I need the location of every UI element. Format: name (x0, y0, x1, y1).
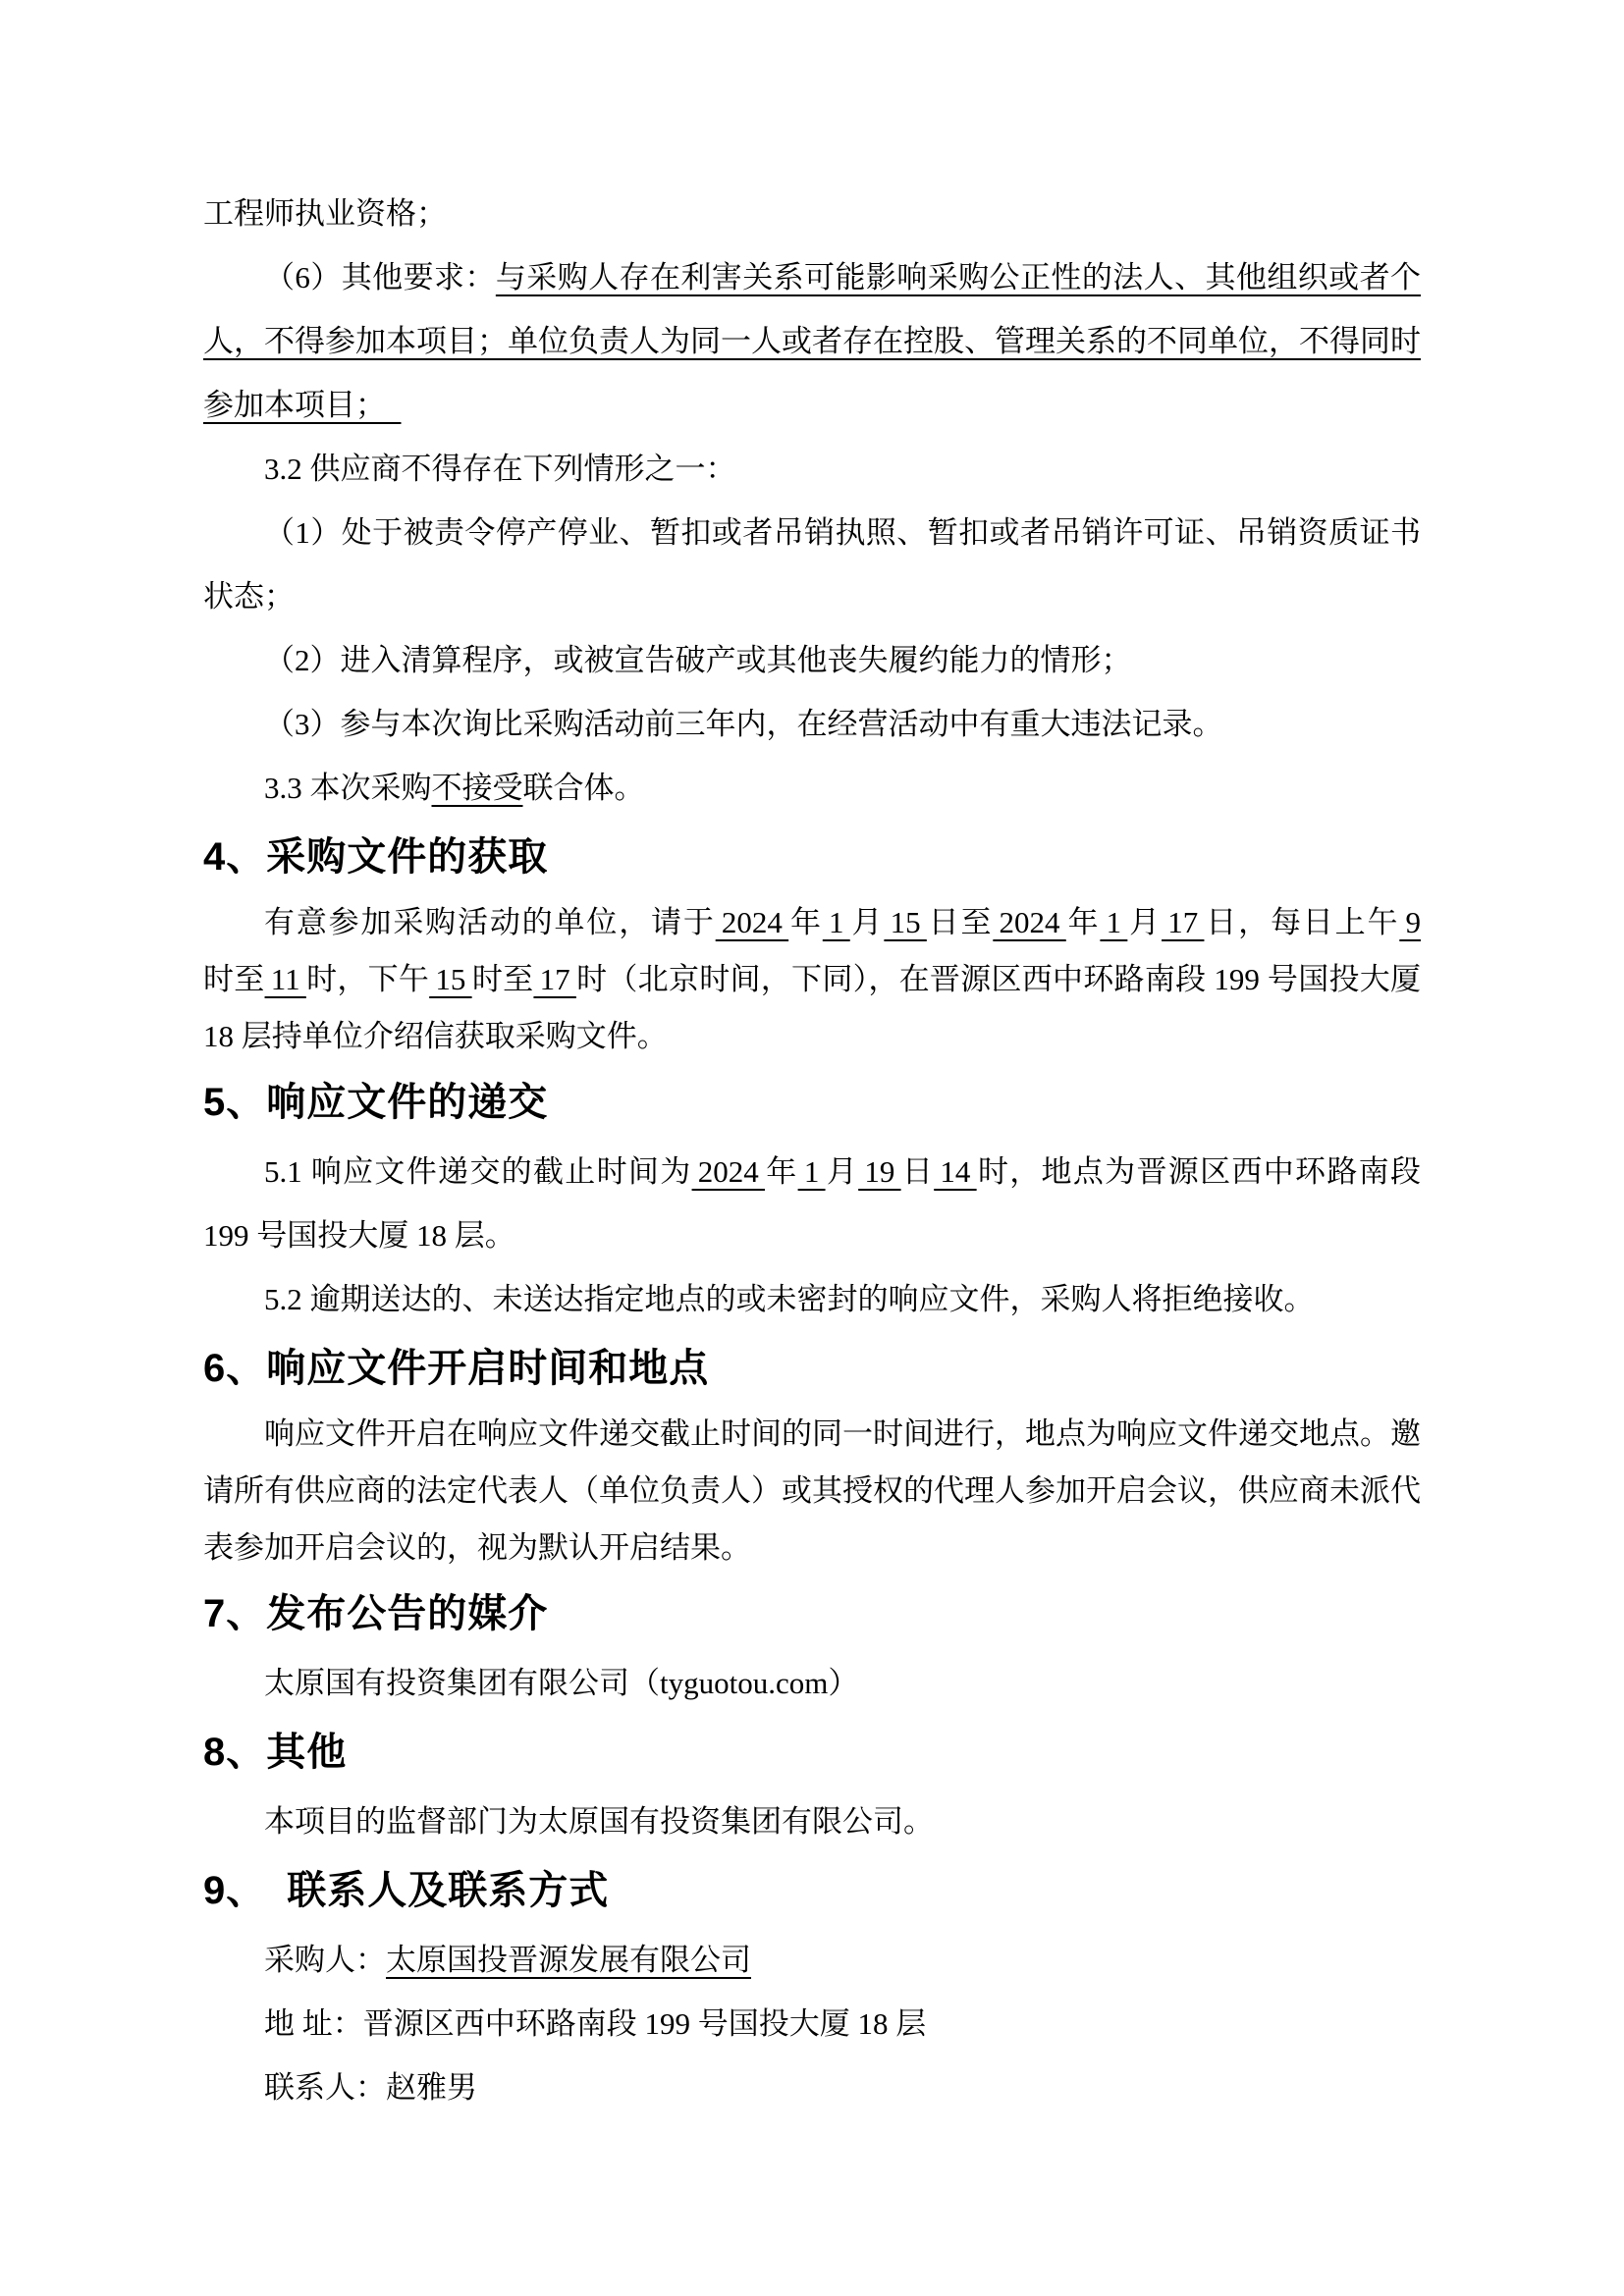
text-run: 年 (1066, 905, 1101, 939)
underlined-text-run: 人，不得参加本项目；单位负责人为同一人或者存在控股、管理关系的不同单位，不得同时 (203, 324, 1421, 358)
text-run: 采购人： (264, 1943, 386, 1977)
text-run: （2）进入清算程序，或被宣告破产或其他丧失履约能力的情形； (264, 643, 1132, 677)
text-run: 日 (901, 1154, 935, 1189)
text-run: 状态； (203, 579, 295, 614)
document-line: 人，不得参加本项目；单位负责人为同一人或者存在控股、管理关系的不同单位，不得同时 (203, 309, 1421, 373)
underlined-text-run: 1 (798, 1154, 826, 1189)
text-run: （1）处于被责令停产停业、暂扣或者吊销执照、暂扣或者吊销许可证、吊销资质证书 (264, 515, 1421, 550)
text-run: 本项目的监督部门为太原国有投资集团有限公司。 (264, 1804, 934, 1839)
text-run: 太原国有投资集团有限公司（tyguotou.com） (264, 1666, 858, 1700)
text-run: 月 (1127, 905, 1162, 939)
document-line: 状态； (203, 564, 1421, 628)
text-run: 年 (765, 1154, 798, 1189)
text-run: 18 层持单位介绍信获取采购文件。 (203, 1019, 668, 1053)
underlined-text-run: 1 (1100, 905, 1127, 939)
text-run: 日至 (927, 905, 994, 939)
underlined-text-run: 9 (1399, 905, 1421, 939)
text-run: 时，地点为晋源区西中环路南段 (977, 1154, 1421, 1189)
text-run: 联系人：赵雅男 (264, 2070, 477, 2105)
document-line: 响应文件开启在响应文件递交截止时间的同一时间进行，地点为响应文件递交地点。邀 (203, 1406, 1421, 1463)
section-heading: 6、响应文件开启时间和地点 (203, 1331, 1421, 1406)
text-run: 地 址：晋源区西中环路南段 199 号国投大厦 18 层 (264, 2006, 926, 2041)
text-run: 时至 (472, 962, 534, 996)
text-run: 月 (850, 905, 885, 939)
document-line: 采购人：太原国投晋源发展有限公司 (203, 1928, 1421, 1992)
document-line: 5.1 响应文件递交的截止时间为 2024 年 1 月 19 日 14 时，地点… (203, 1140, 1421, 1203)
text-run: 时至 (203, 962, 265, 996)
text-run: 工程师执业资格； (203, 196, 447, 231)
underlined-text-run: 太原国投晋源发展有限公司 (386, 1943, 751, 1977)
underlined-text-run: 14 (934, 1154, 976, 1189)
document-line: 太原国有投资集团有限公司（tyguotou.com） (203, 1651, 1421, 1715)
underlined-text-run: 2024 (993, 905, 1065, 939)
section-heading: 4、采购文件的获取 (203, 820, 1421, 894)
text-run: 时，下午 (306, 962, 429, 996)
section-heading: 9、 联系人及联系方式 (203, 1853, 1421, 1928)
text-run: 3.3 本次采购 (264, 771, 432, 805)
text-run: 5.2 逾期送达的、未送达指定地点的或未密封的响应文件，采购人将拒绝接收。 (264, 1282, 1315, 1316)
text-run: 时（北京时间，下同），在晋源区西中环路南段 199 号国投大厦 (576, 962, 1421, 996)
document-line: 参加本项目； (203, 373, 1421, 437)
text-run: 日，每日上午 (1204, 905, 1399, 939)
text-run: 有意参加采购活动的单位，请于 (264, 905, 716, 939)
document-page: 工程师执业资格；（6）其他要求：与采购人存在利害关系可能影响采购公正性的法人、其… (0, 0, 1624, 2296)
text-run: 请所有供应商的法定代表人（单位负责人）或其授权的代理人参加开启会议，供应商未派代 (203, 1473, 1421, 1508)
underlined-text-run: 15 (884, 905, 926, 939)
text-run: 月 (826, 1154, 859, 1189)
text-run: 4、采购文件的获取 (203, 835, 548, 879)
text-run: 7、发布公告的媒介 (203, 1592, 548, 1635)
text-run: 5、响应文件的递交 (203, 1081, 548, 1124)
document-line: 3.3 本次采购不接受联合体。 (203, 756, 1421, 820)
document-line: （2）进入清算程序，或被宣告破产或其他丧失履约能力的情形； (203, 628, 1421, 692)
underlined-text-run: 11 (265, 962, 306, 996)
underlined-text-run: 17 (533, 962, 575, 996)
text-run: 表参加开启会议的，视为默认开启结果。 (203, 1530, 751, 1565)
document-line: 地 址：晋源区西中环路南段 199 号国投大厦 18 层 (203, 1992, 1421, 2056)
document-line: 199 号国投大厦 18 层。 (203, 1203, 1421, 1267)
section-heading: 5、响应文件的递交 (203, 1065, 1421, 1140)
text-run: 5.1 响应文件递交的截止时间为 (264, 1154, 692, 1189)
document-line: （6）其他要求：与采购人存在利害关系可能影响采购公正性的法人、其他组织或者个 (203, 245, 1421, 309)
text-run: （6）其他要求： (264, 260, 496, 294)
document-line: 表参加开启会议的，视为默认开启结果。 (203, 1520, 1421, 1576)
section-heading: 7、发布公告的媒介 (203, 1576, 1421, 1651)
section-heading: 8、其他 (203, 1715, 1421, 1789)
text-run: 年 (788, 905, 823, 939)
document-line: （3）参与本次询比采购活动前三年内，在经营活动中有重大违法记录。 (203, 692, 1421, 756)
underlined-text-run: 2024 (716, 905, 788, 939)
document-line: 联系人：赵雅男 (203, 2056, 1421, 2119)
text-run: 9、 联系人及联系方式 (203, 1869, 609, 1912)
underlined-text-run: 不接受 (432, 771, 523, 805)
underlined-text-run: 2024 (692, 1154, 765, 1189)
document-line: 本项目的监督部门为太原国有投资集团有限公司。 (203, 1789, 1421, 1853)
text-run: 199 号国投大厦 18 层。 (203, 1218, 515, 1253)
underlined-text-run: 1 (823, 905, 850, 939)
document-line: 18 层持单位介绍信获取采购文件。 (203, 1008, 1421, 1065)
document-line: 有意参加采购活动的单位，请于 2024 年 1 月 15 日至 2024 年 1… (203, 894, 1421, 951)
text-run: 6、响应文件开启时间和地点 (203, 1347, 709, 1390)
document-line: （1）处于被责令停产停业、暂扣或者吊销执照、暂扣或者吊销许可证、吊销资质证书 (203, 501, 1421, 564)
underlined-text-run: 参加本项目； (203, 388, 402, 422)
document-line: 5.2 逾期送达的、未送达指定地点的或未密封的响应文件，采购人将拒绝接收。 (203, 1267, 1421, 1331)
underlined-text-run: 与采购人存在利害关系可能影响采购公正性的法人、其他组织或者个 (496, 260, 1421, 294)
document-line: 请所有供应商的法定代表人（单位负责人）或其授权的代理人参加开启会议，供应商未派代 (203, 1463, 1421, 1520)
underlined-text-run: 19 (858, 1154, 900, 1189)
document-content: 工程师执业资格；（6）其他要求：与采购人存在利害关系可能影响采购公正性的法人、其… (203, 182, 1421, 2119)
text-run: （3）参与本次询比采购活动前三年内，在经营活动中有重大违法记录。 (264, 707, 1223, 741)
document-line: 3.2 供应商不得存在下列情形之一： (203, 437, 1421, 501)
document-line: 时至 11 时，下午 15 时至 17 时（北京时间，下同），在晋源区西中环路南… (203, 951, 1421, 1008)
document-line: 工程师执业资格； (203, 182, 1421, 245)
text-run: 8、其他 (203, 1731, 347, 1774)
text-run: 3.2 供应商不得存在下列情形之一： (264, 452, 736, 486)
text-run: 响应文件开启在响应文件递交截止时间的同一时间进行，地点为响应文件递交地点。邀 (264, 1416, 1421, 1451)
underlined-text-run: 17 (1162, 905, 1204, 939)
underlined-text-run: 15 (429, 962, 471, 996)
text-run: 联合体。 (523, 771, 645, 805)
